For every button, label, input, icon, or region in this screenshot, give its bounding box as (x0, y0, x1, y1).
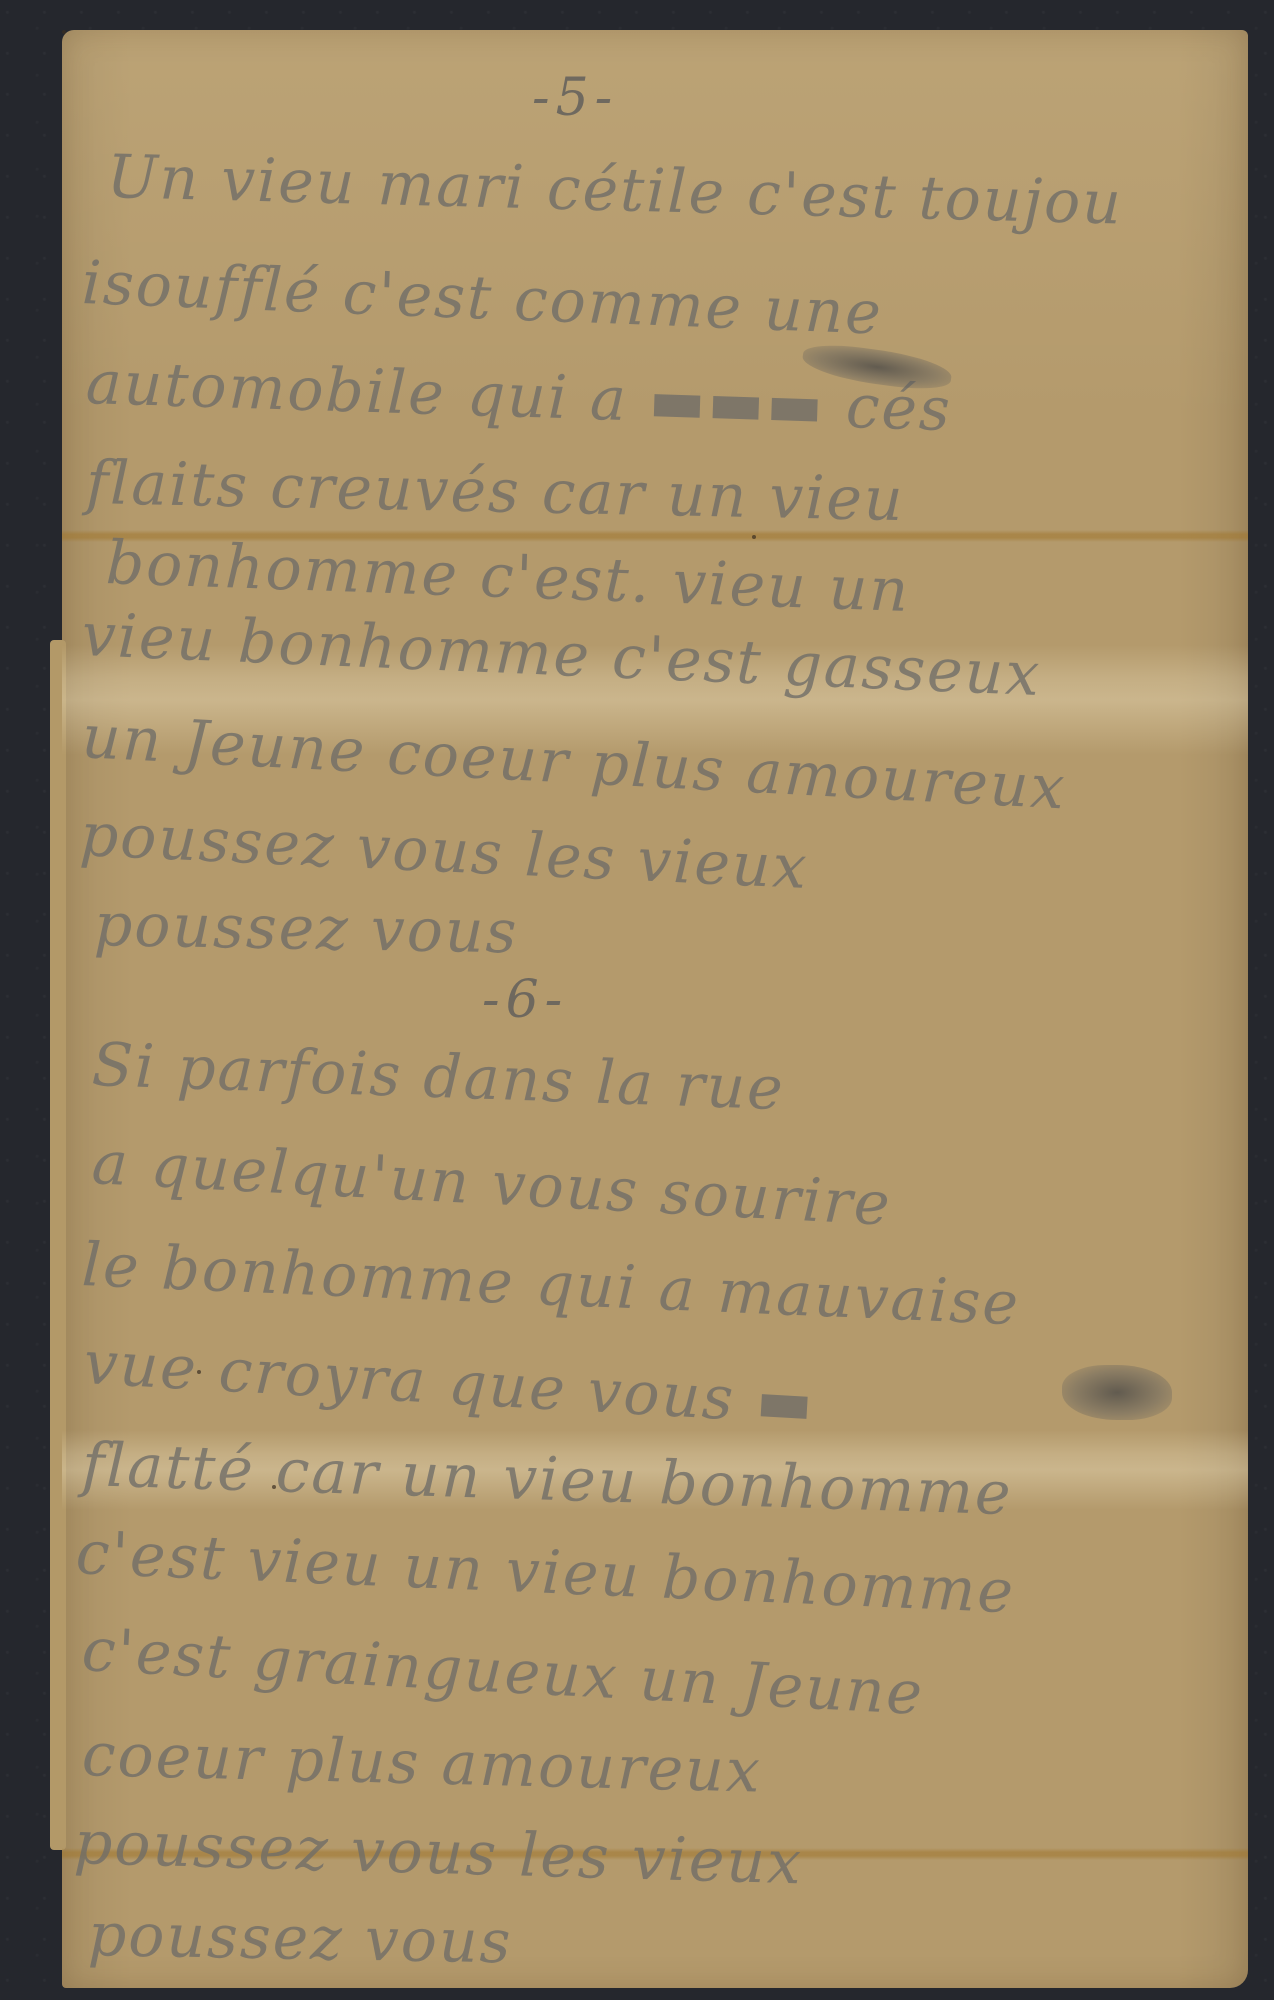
paper-speck (197, 1370, 201, 1374)
stanza-6-line-2: a quelqu'un vous sourire (90, 1128, 893, 1240)
stanza-5-line-2: isoufflé c'est comme une (81, 248, 885, 349)
stanza-6-line-10: poussez vous (87, 1900, 513, 1977)
stanza-5-line-8: poussez vous les vieux (78, 800, 810, 903)
stanza-5-line-4: flaits creuvés car un vieu (85, 448, 905, 535)
stanza-6-line-6: c'est vieu un vieu bonhomme (75, 1518, 1017, 1627)
stanza-number-6: -6- (482, 970, 568, 1030)
paper-speck (752, 535, 756, 539)
paper-speck (62, 30, 66, 34)
handwritten-page: -5- Un vieu mari cétile c'est toujou iso… (62, 30, 1248, 1988)
stanza-6-line-7: c'est graingueux un Jeune (80, 1615, 926, 1729)
stanza-6-line-8: coeur plus amoureux (81, 1720, 762, 1807)
stanza-6-line-9: poussez vous les vieux (73, 1808, 804, 1898)
stanza-6-line-4: vue croyra que vous ▬ (82, 1328, 817, 1439)
stanza-number-5: -5- (532, 68, 618, 128)
stanza-5-line-9: poussez vous (93, 890, 519, 967)
stanza-5-line-7: un Jeune coeur plus amoureux (80, 702, 1068, 823)
stanza-6-line-5: flatté car un vieu bonhomme (81, 1430, 1014, 1529)
stanza-6-line-1: Si parfois dans la rue (91, 1030, 786, 1124)
paper-speck (272, 1485, 276, 1489)
stanza-5-line-1: Un vieu mari cétile c'est toujou (106, 142, 1124, 239)
crossed-out-word-stanza-6 (1062, 1365, 1172, 1420)
stanza-6-line-3: le bonhomme qui a mauvaise (81, 1230, 1022, 1339)
